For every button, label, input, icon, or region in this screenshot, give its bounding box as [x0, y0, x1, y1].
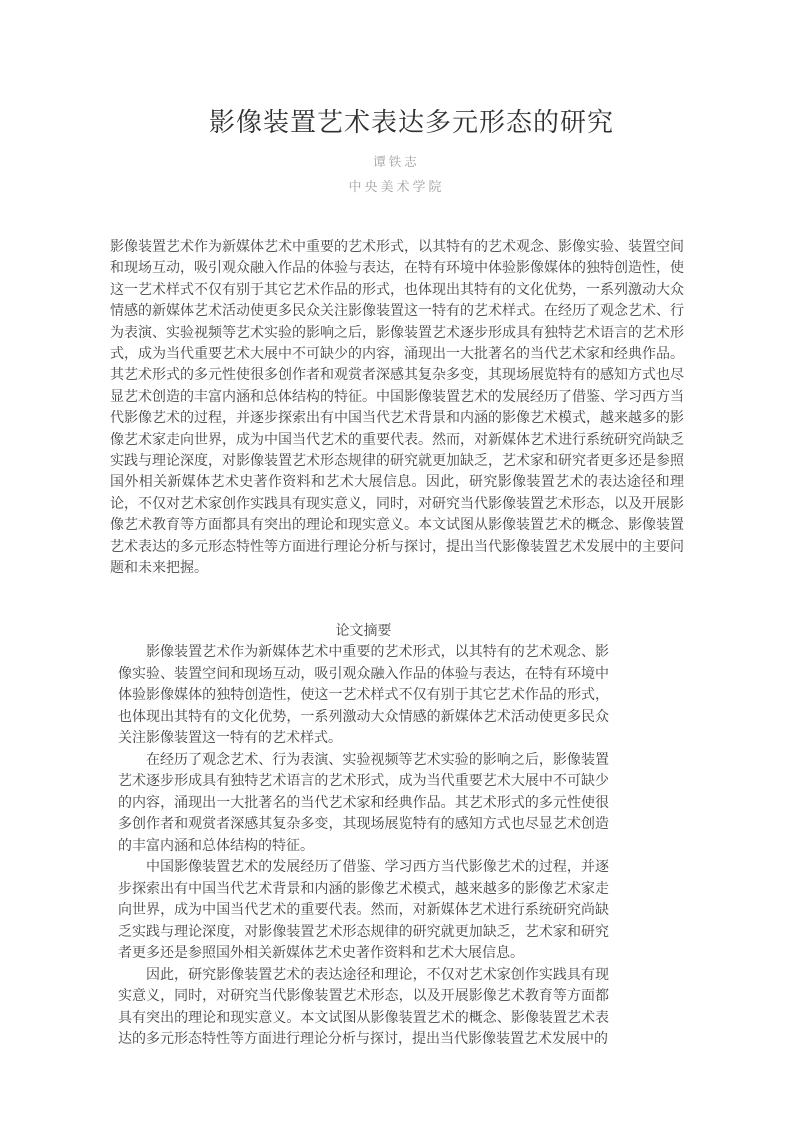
page-title: 影像装置艺术表达多元形态的研究: [118, 0, 705, 140]
abstract-paragraph-3: 中国影像装置艺术的发展经历了借鉴、学习西方当代影像艺术的过程，并逐步探索出有中国…: [118, 857, 609, 965]
author-affiliation: 中央美术学院: [110, 178, 683, 196]
lead-abstract-paragraph: 影像装置艺术作为新媒体艺术中重要的艺术形式，以其特有的艺术观念、影像实验、装置空…: [110, 237, 684, 580]
abstract-heading: 论文摘要: [118, 621, 609, 643]
document-page: 影像装置艺术表达多元形态的研究 谭铁志 中央美术学院 影像装置艺术作为新媒体艺术…: [0, 0, 793, 1122]
author-name: 谭铁志: [110, 154, 683, 171]
abstract-paragraph-4: 因此，研究影像装置艺术的表达途径和理论，不仅对艺术家创作实践具有现实意义，同时，…: [118, 965, 609, 1051]
abstract-paragraph-1: 影像装置艺术作为新媒体艺术中重要的艺术形式，以其特有的艺术观念、影像实验、装置空…: [118, 642, 609, 750]
abstract-section: 论文摘要 影像装置艺术作为新媒体艺术中重要的艺术形式，以其特有的艺术观念、影像实…: [118, 621, 609, 1051]
abstract-paragraph-2: 在经历了观念艺术、行为表演、实验视频等艺术实验的影响之后，影像装置艺术逐步形成具…: [118, 750, 609, 858]
byline: 谭铁志 中央美术学院: [110, 154, 683, 196]
